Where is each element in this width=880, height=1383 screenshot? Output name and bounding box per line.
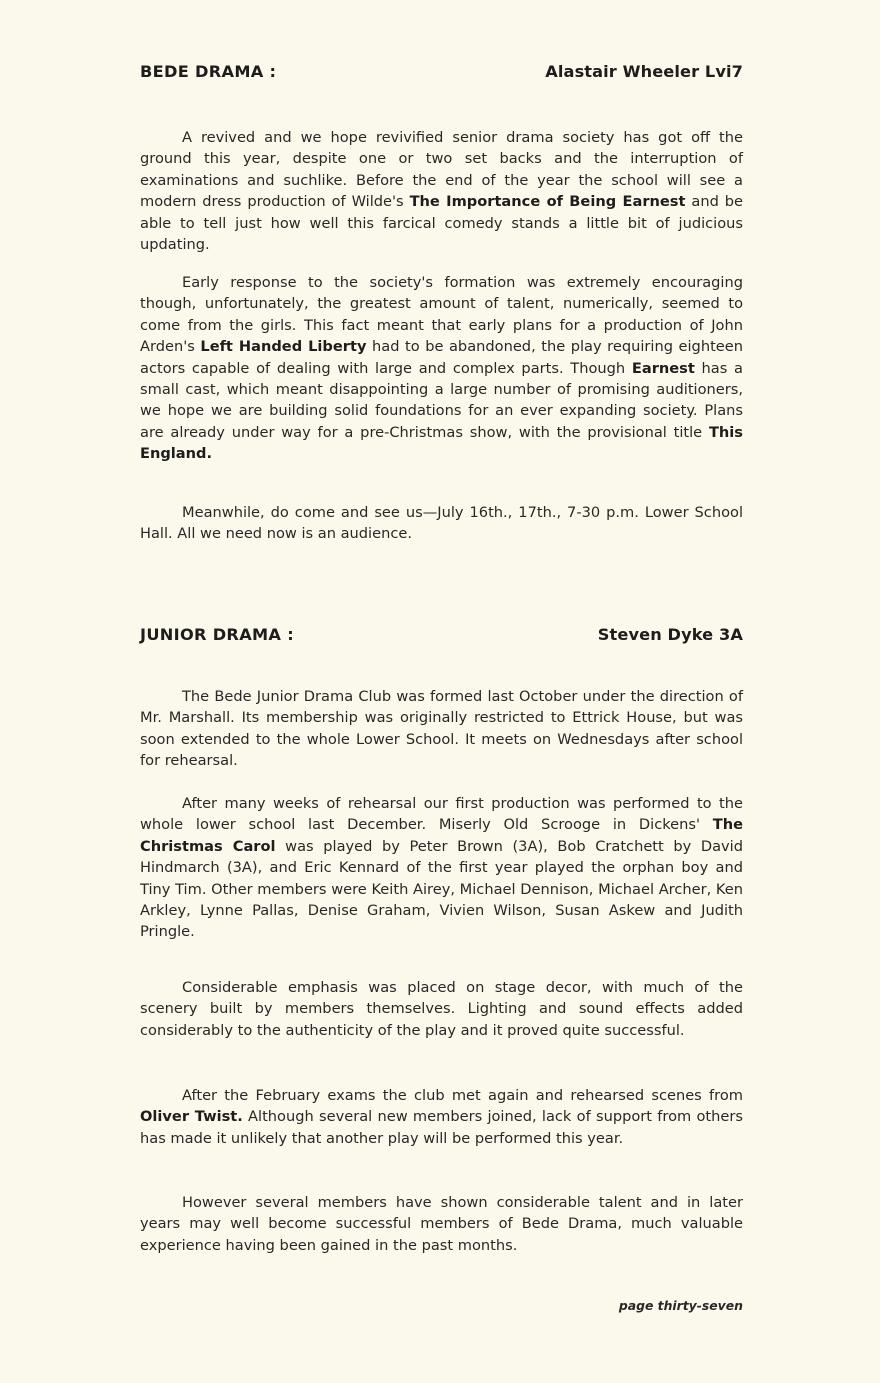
- paragraph: However several members have shown consi…: [140, 1192, 743, 1256]
- bold-title: Earnest: [632, 360, 695, 377]
- bold-title: This England.: [140, 424, 743, 462]
- paragraph: After the February exams the club met ag…: [140, 1085, 743, 1149]
- section-author: Steven Dyke 3A: [598, 625, 743, 644]
- bold-title: The Christmas Carol: [140, 816, 743, 854]
- bold-title: Left Handed Liberty: [200, 338, 366, 355]
- section-heading-bede-drama: BEDE DRAMA : Alastair Wheeler Lvi7: [140, 62, 743, 81]
- paragraph: Meanwhile, do come and see us—July 16th.…: [140, 502, 743, 545]
- bold-title: The Importance of Being Earnest: [410, 193, 686, 210]
- section-heading-junior-drama: JUNIOR DRAMA : Steven Dyke 3A: [140, 625, 743, 644]
- paragraph: Considerable emphasis was placed on stag…: [140, 977, 743, 1041]
- paragraph: After many weeks of rehearsal our first …: [140, 793, 743, 943]
- bold-title: Oliver Twist.: [140, 1108, 243, 1125]
- section-author: Alastair Wheeler Lvi7: [545, 62, 743, 81]
- section-title: BEDE DRAMA :: [140, 62, 276, 81]
- paragraph: Early response to the society's formatio…: [140, 272, 743, 465]
- paragraph: The Bede Junior Drama Club was formed la…: [140, 686, 743, 772]
- paragraph: A revived and we hope revivified senior …: [140, 127, 743, 255]
- section-title: JUNIOR DRAMA :: [140, 625, 294, 644]
- page-number: page thirty-seven: [619, 1298, 743, 1313]
